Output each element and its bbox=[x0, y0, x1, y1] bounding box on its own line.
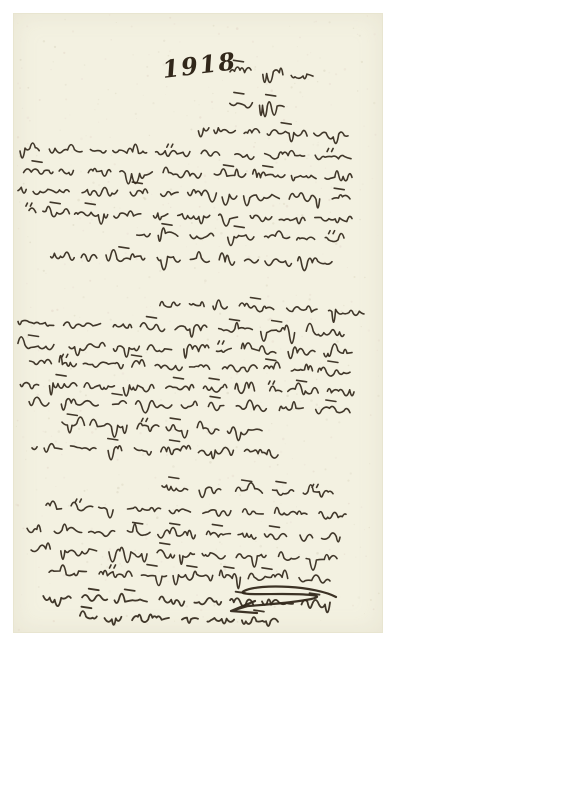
letter-paper bbox=[13, 13, 383, 633]
scanner-background: 1918 bbox=[0, 0, 581, 800]
